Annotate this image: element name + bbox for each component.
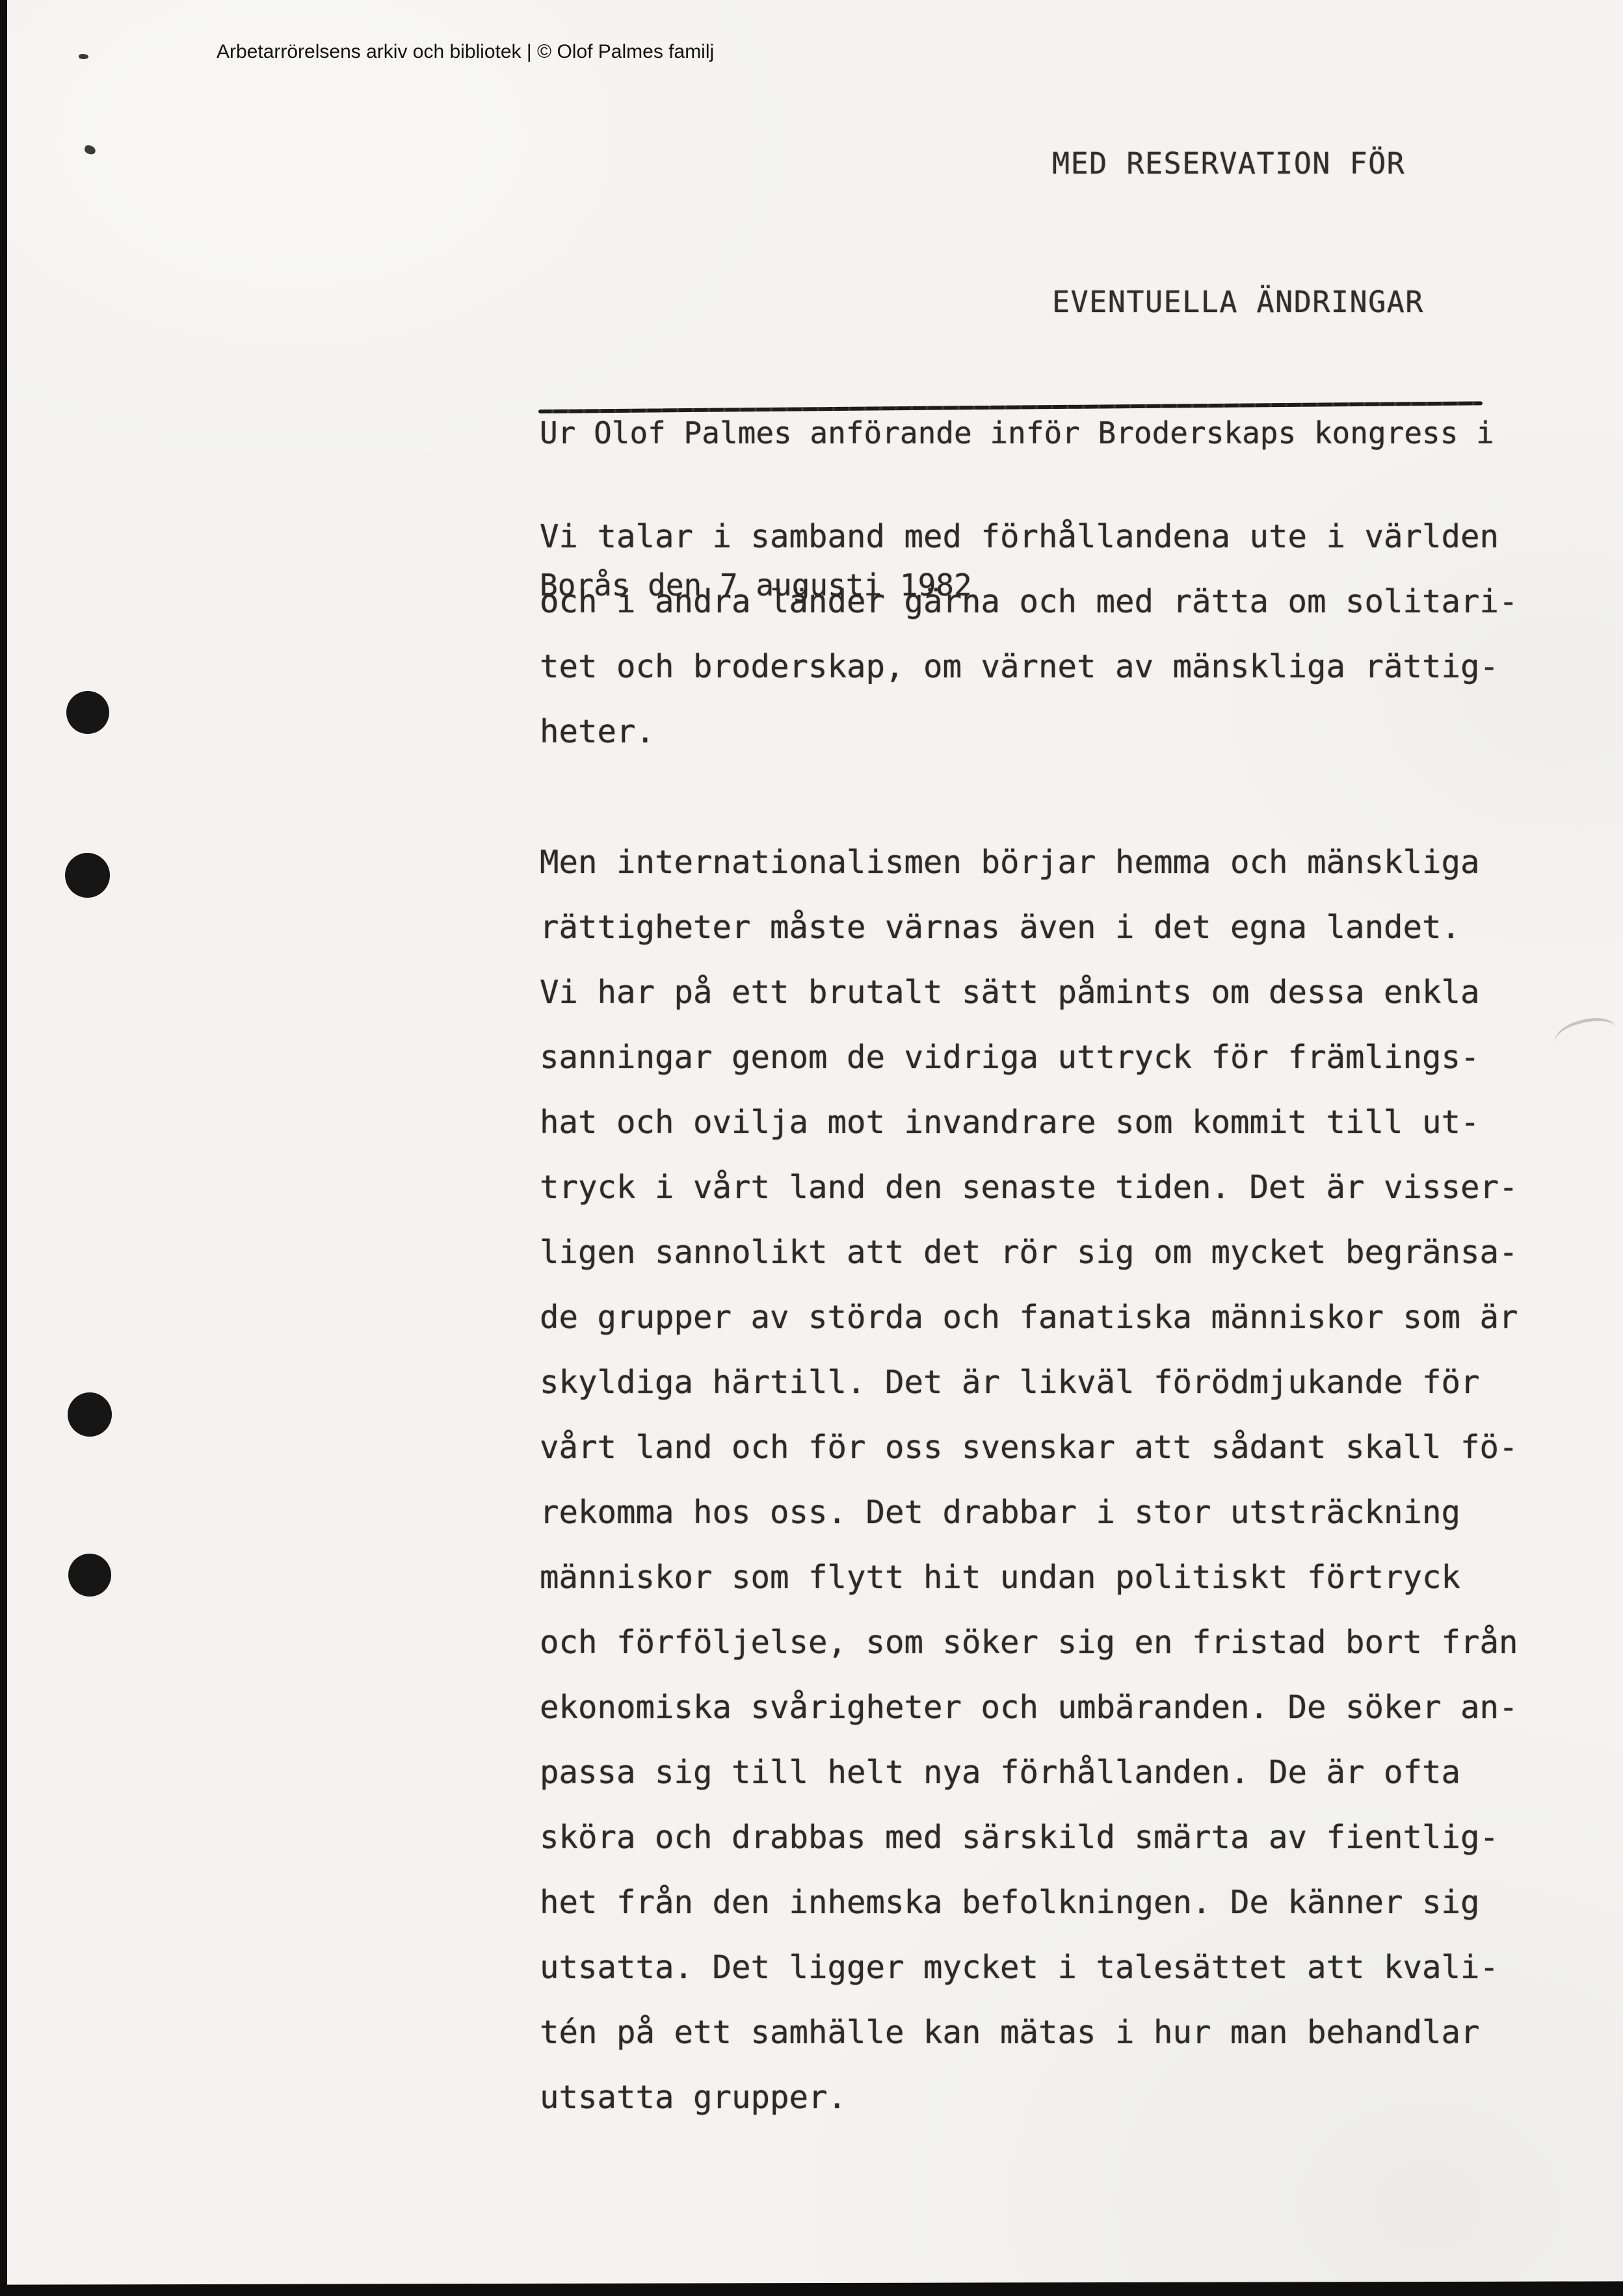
hole-punch-mark [68,1392,112,1437]
text-line: utsatta. Det ligger mycket i talesättet … [540,1935,1518,2000]
scan-edge-left [0,0,7,2296]
scan-speck [79,54,88,59]
text-line: tet och broderskap, om värnet av mänskli… [540,634,1518,699]
text-line: sköra och drabbas med särskild smärta av… [540,1805,1518,1870]
text-line: tryck i vårt land den senaste tiden. Det… [540,1155,1518,1220]
text-line: människor som flytt hit undan politiskt … [540,1545,1518,1610]
paragraph-2: Men internationalismen börjar hemma och … [540,830,1518,2130]
text-line: ligen sannolikt att det rör sig om mycke… [540,1220,1518,1285]
text-line: heter. [540,699,1518,764]
disclaimer-line-1: MED RESERVATION FÖR [1052,140,1424,187]
text-line: ekonomiska svårigheter och umbäranden. D… [540,1675,1518,1740]
text-line: skyldiga härtill. Det är likväl förödmju… [540,1350,1518,1415]
text-line: och förföljelse, som söker sig en frista… [540,1610,1518,1675]
text-line: sanningar genom de vidriga uttryck för f… [540,1025,1518,1090]
scan-speck [83,144,96,156]
text-line: hat och ovilja mot invandrare som kommit… [540,1090,1518,1155]
scanned-document-page: Arbetarrörelsens arkiv och bibliotek | ©… [0,0,1623,2296]
hole-punch-mark [68,1554,111,1597]
text-line: Vi har på ett brutalt sätt påmints om de… [540,960,1518,1025]
text-line: vårt land och för oss svenskar att sådan… [540,1415,1518,1480]
text-line: tén på ett samhälle kan mätas i hur man … [540,2000,1518,2065]
text-line: och i andra länder gärna och med rätta o… [540,569,1518,634]
hole-punch-mark [65,853,110,898]
pencil-smudge [1551,1015,1616,1043]
hole-punch-mark [66,691,109,734]
title-line-1: Ur Olof Palmes anförande inför Broderska… [540,408,1494,458]
archive-watermark: Arbetarrörelsens arkiv och bibliotek | ©… [217,40,714,64]
paragraph-1: Vi talar i samband med förhållandena ute… [540,504,1518,764]
text-line: Men internationalismen börjar hemma och … [540,830,1518,895]
text-line: de grupper av störda och fanatiska männi… [540,1285,1518,1350]
text-line: passa sig till helt nya förhållanden. De… [540,1740,1518,1805]
text-line: rekomma hos oss. Det drabbar i stor utst… [540,1480,1518,1545]
text-line: rättigheter måste värnas även i det egna… [540,895,1518,960]
text-line: Vi talar i samband med förhållandena ute… [540,504,1518,569]
scan-edge-bottom [0,2281,1623,2296]
text-line: utsatta grupper. [540,2065,1518,2130]
text-line: het från den inhemska befolkningen. De k… [540,1870,1518,1935]
